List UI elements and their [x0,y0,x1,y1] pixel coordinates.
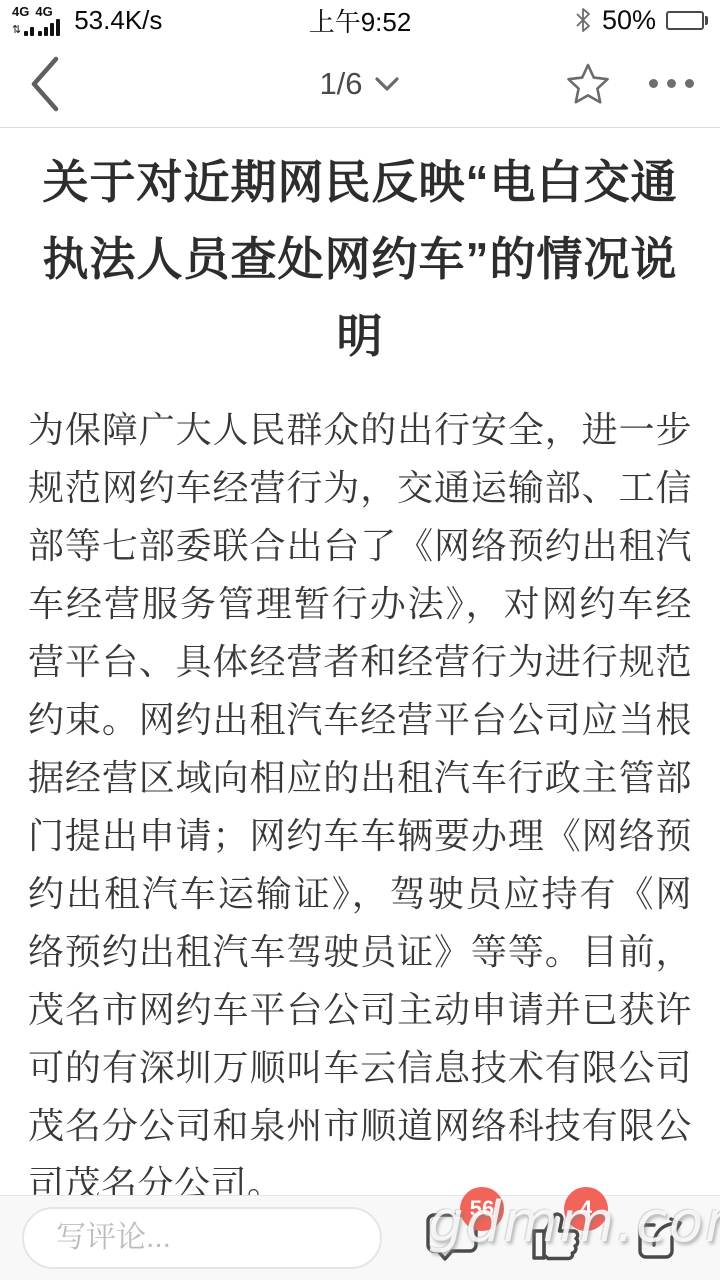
star-icon [565,62,611,106]
battery-percent: 50% [602,5,656,36]
bottom-toolbar: 56 4 [0,1195,720,1280]
bluetooth-icon [574,7,592,33]
comment-count-badge: 56 [460,1187,504,1231]
dot-icon [685,79,694,88]
comment-input[interactable] [56,1221,442,1255]
favorite-star-button[interactable] [565,62,611,106]
battery-icon [666,11,708,30]
back-chevron-icon [26,53,64,115]
article-body: 为保障广大人民群众的出行安全，进一步规范网约车经营行为，交通运输部、工信部等七部… [28,401,692,1213]
like-count-badge: 4 [564,1187,608,1231]
article-title: 关于对近期网民反映“电白交通执法人员查处网约车”的情况说明 [28,144,692,375]
like-button[interactable]: 4 [528,1207,584,1270]
comment-box[interactable] [22,1207,382,1269]
app-screen: 4G 4G ⇅ 53.4K/s 上午9:52 [0,0,720,1280]
back-button[interactable] [26,54,76,114]
dot-icon [667,79,676,88]
dot-icon [649,79,658,88]
nav-bar: 1/6 [0,40,720,128]
share-icon [632,1207,690,1265]
page-indicator-dropdown[interactable]: 1/6 [319,66,400,102]
document-page: 关于对近期网民反映“电白交通执法人员查处网约车”的情况说明 为保障广大人民群众的… [0,128,720,1213]
share-button[interactable] [632,1207,690,1270]
chevron-down-icon [373,75,401,93]
comments-button[interactable]: 56 [424,1207,480,1270]
more-options-button[interactable] [649,79,694,88]
page-indicator-text: 1/6 [319,66,362,102]
status-bar: 4G 4G ⇅ 53.4K/s 上午9:52 [0,0,720,40]
